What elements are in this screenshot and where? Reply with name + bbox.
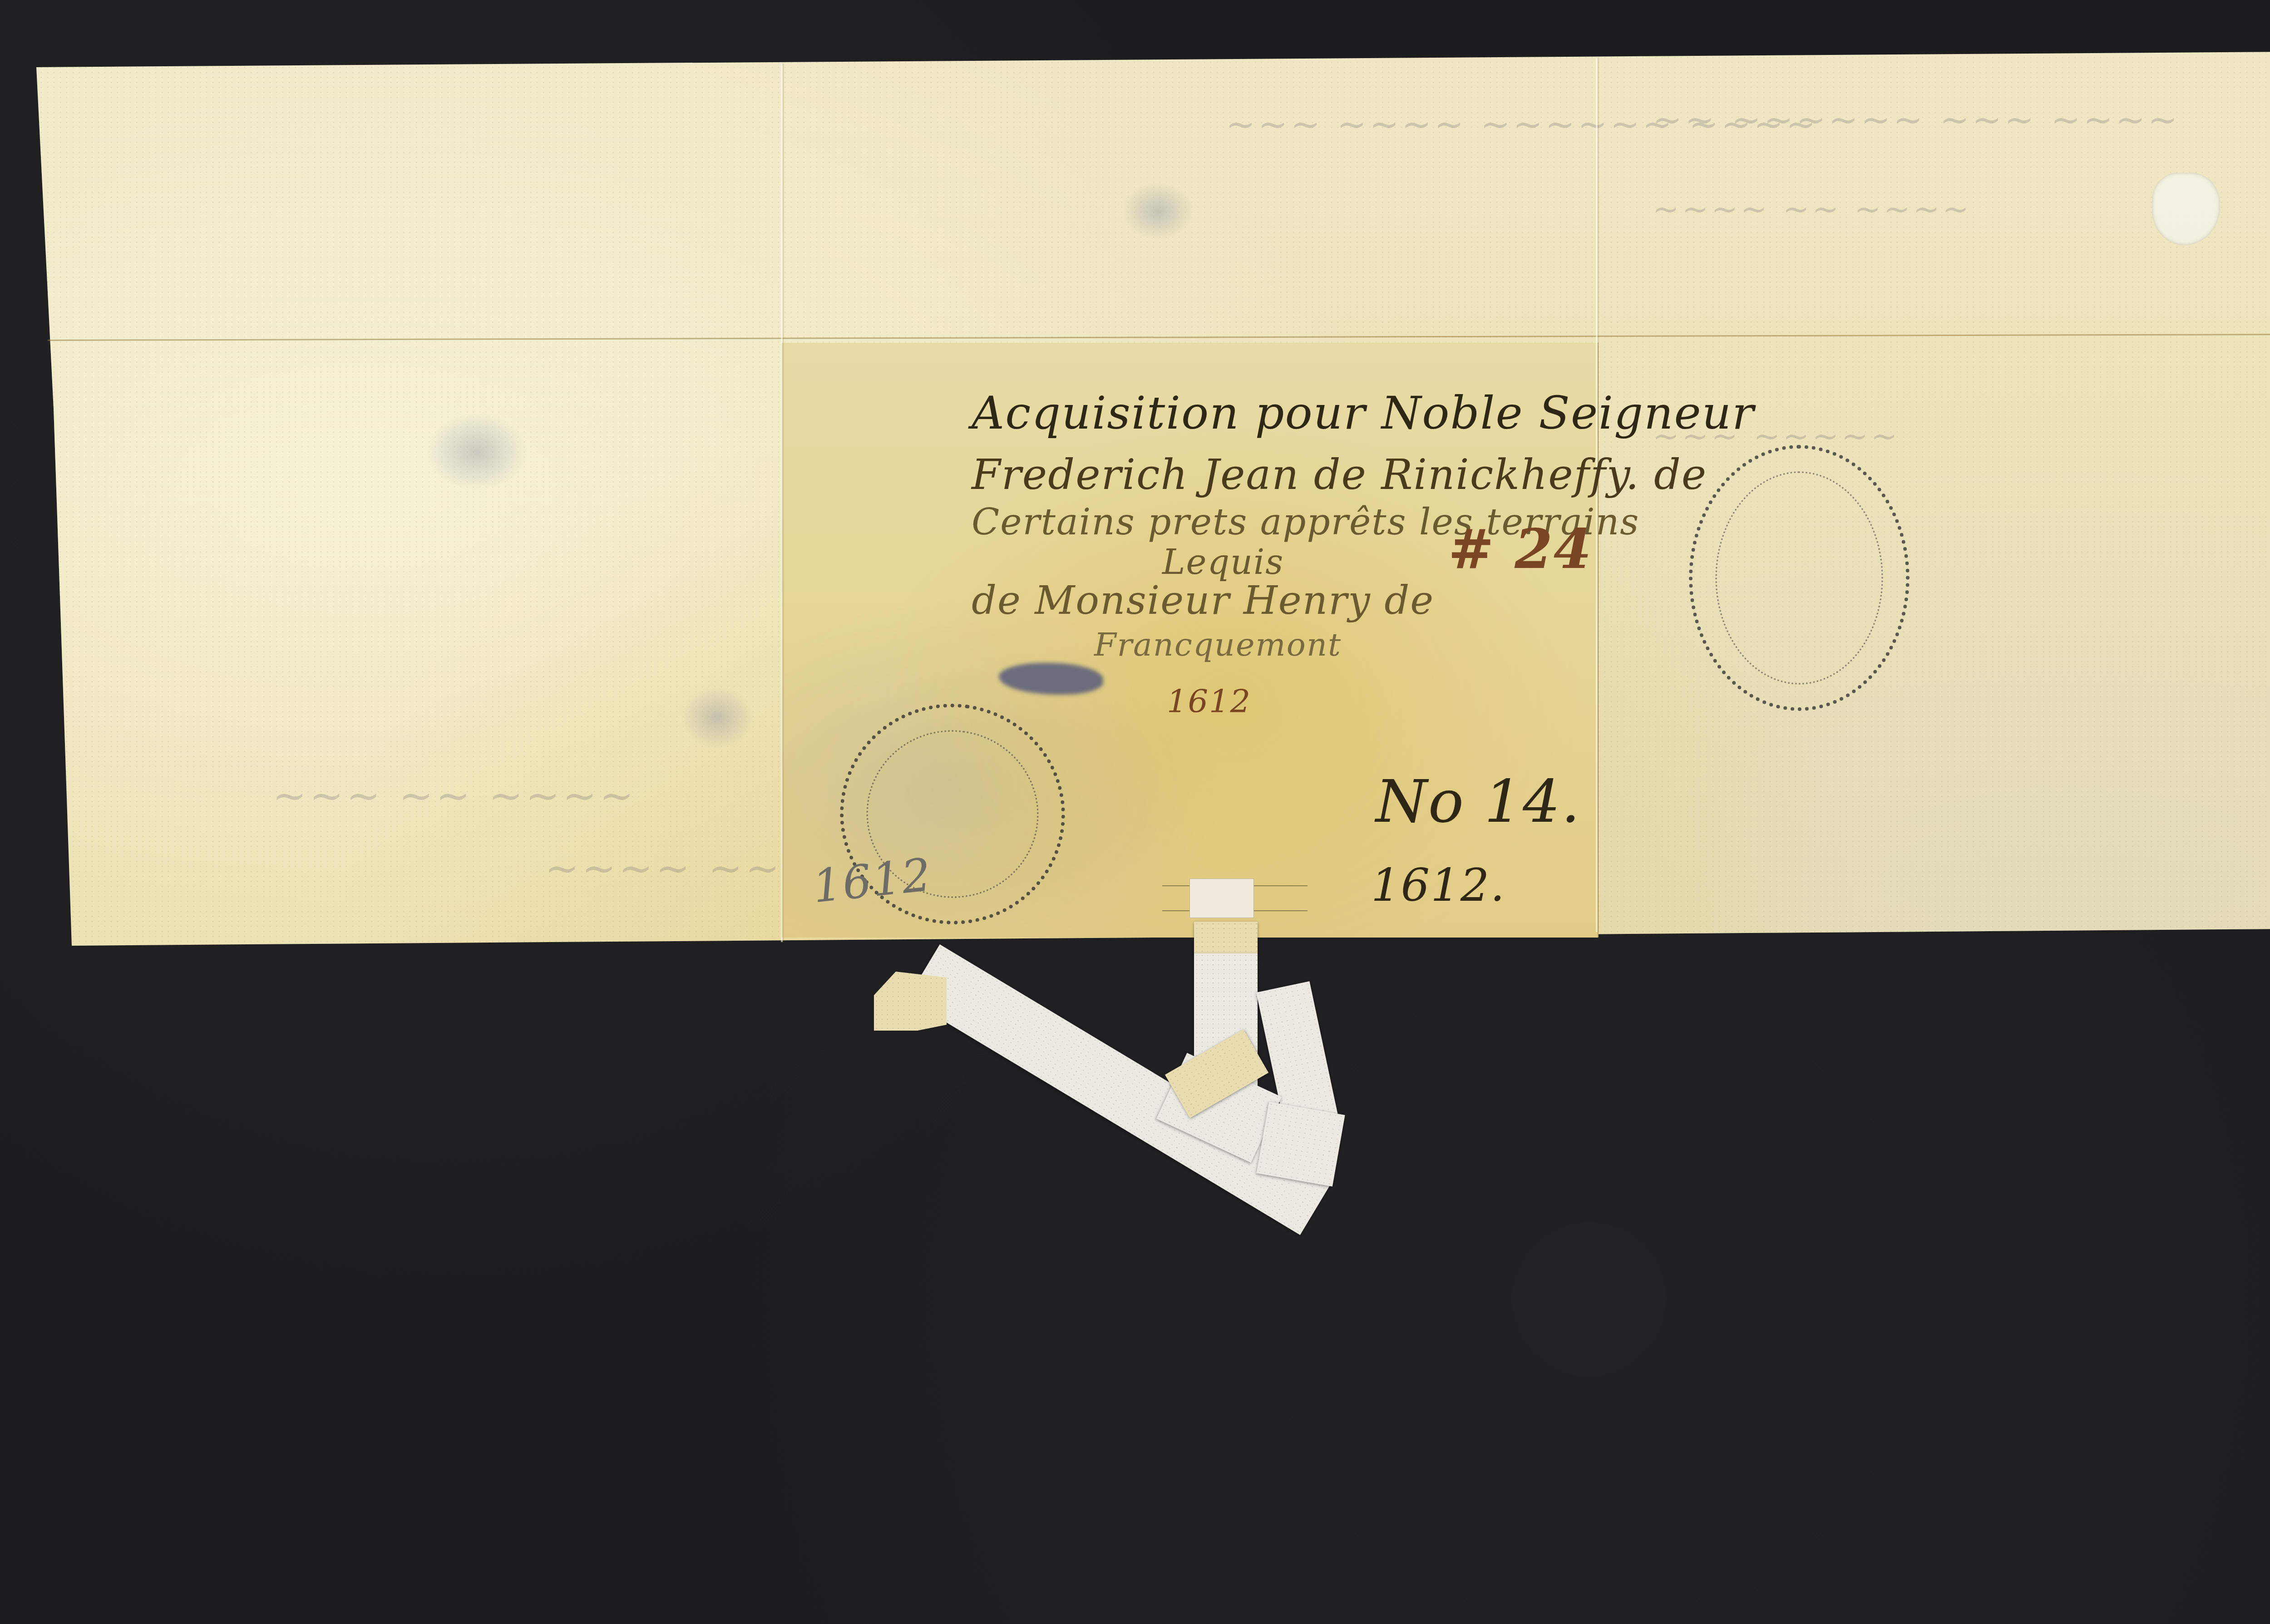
faded-seal-mark <box>681 686 754 749</box>
showthrough-text: ~~~~ ~~ ~~~~ <box>1653 191 1972 228</box>
faded-seal-mark <box>1121 182 1194 241</box>
number-label: No 14. <box>1376 772 1581 831</box>
seal-tag-fold <box>1256 1101 1345 1186</box>
archive-stamp <box>1689 445 1910 711</box>
date-pencil: 1612 <box>810 852 934 910</box>
document-view: ~~~ ~~~~ ~~~~~~ ~~~~ ~~ ~~~~~~ ~~~ ~~~~ … <box>0 0 2270 1624</box>
endorsement-line-2: Frederich Jean de Rinickheffy. de <box>972 454 1707 496</box>
showthrough-text: ~~ ~~~~~~ ~~~ ~~~~ <box>1653 100 2181 141</box>
date-ink: 1612 <box>1167 686 1251 717</box>
seal-tag-through-slit <box>1189 879 1254 918</box>
endorsement-line-5: de Monsieur Henry de <box>972 581 1434 620</box>
endorsement-line-6: Francquemont <box>1094 629 1342 661</box>
faded-seal-mark <box>427 413 527 490</box>
endorsement-line-1: Acquisition pour Noble Seigneur <box>972 390 1755 436</box>
endorsement-line-4: Lequis <box>1162 545 1284 579</box>
showthrough-signature: ~~~ ~~ ~~~~ <box>272 772 637 819</box>
seal-tag-end <box>874 972 947 1031</box>
seal-tag-strip-diagonal <box>907 944 1333 1235</box>
archive-mark: # 24 <box>1448 522 1592 577</box>
seal-tag-upper <box>1194 922 1258 953</box>
date-lower-right: 1612. <box>1371 863 1505 908</box>
fold-line-left <box>781 64 783 942</box>
